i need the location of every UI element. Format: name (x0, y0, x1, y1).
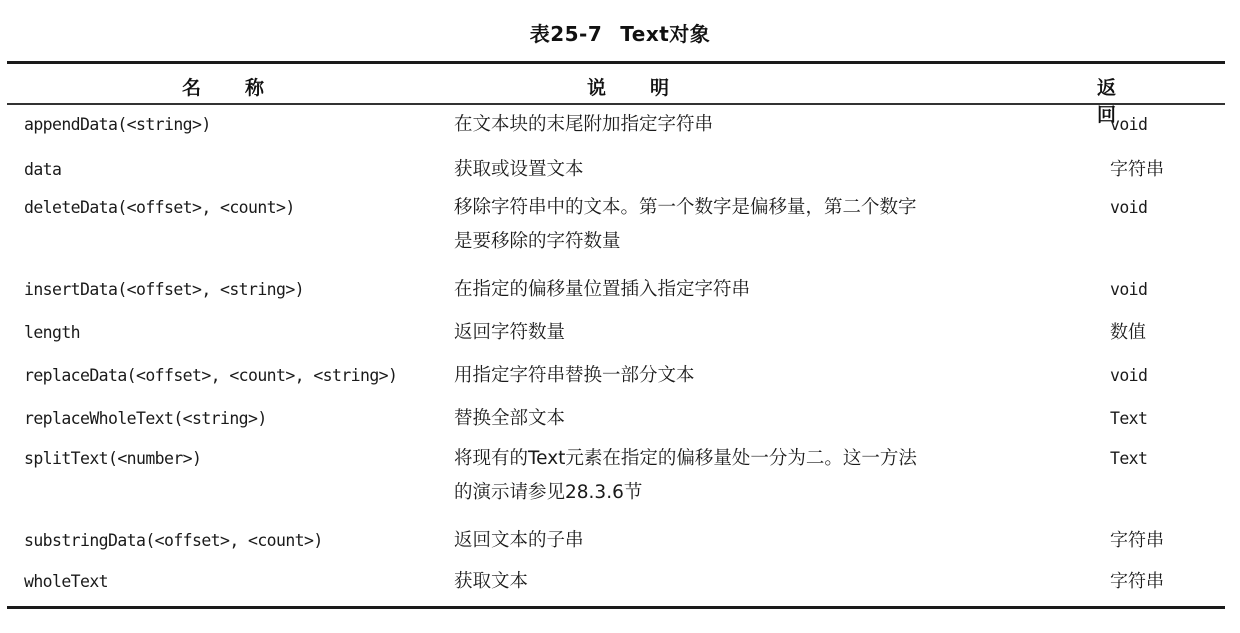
cell-description: 替换全部文本 (454, 403, 1074, 434)
cell-returns: void (1110, 360, 1147, 391)
cell-description-line-2: 是要移除的字符数量 (454, 226, 1074, 257)
cell-returns: void (1110, 192, 1147, 223)
cell-description: 返回文本的子串 (454, 525, 1074, 556)
table-number: 表25-7 (530, 22, 603, 46)
cell-returns: 字符串 (1110, 154, 1164, 185)
cell-returns: 数值 (1110, 317, 1146, 348)
cell-returns: void (1110, 274, 1147, 305)
cell-name: replaceWholeText(<string>) (24, 403, 267, 434)
cell-returns: Text (1110, 443, 1147, 474)
cell-description: 获取文本 (454, 566, 1074, 597)
cell-description-line-1: 移除字符串中的文本。第一个数字是偏移量，第二个数字 (454, 192, 1074, 223)
cell-name: wholeText (24, 566, 108, 597)
table-title: Text对象 (620, 22, 710, 46)
header-name: 名称 (182, 73, 308, 100)
cell-description: 返回字符数量 (454, 317, 1074, 348)
cell-description: 获取或设置文本 (454, 154, 1074, 185)
cell-name: appendData(<string>) (24, 109, 211, 140)
cell-name: splitText(<number>) (24, 443, 201, 474)
table-caption: 表25-7Text对象 (0, 18, 1240, 47)
cell-description: 在文本块的末尾附加指定字符串 (454, 109, 1074, 140)
cell-description-line-1: 将现有的Text元素在指定的偏移量处一分为二。这一方法 (454, 443, 1074, 474)
cell-description: 用指定字符串替换一部分文本 (454, 360, 1074, 391)
cell-name: data (24, 154, 61, 185)
header-rule (7, 103, 1225, 105)
header-description: 说明 (587, 73, 713, 100)
cell-name: insertData(<offset>, <string>) (24, 274, 304, 305)
cell-returns: Text (1110, 403, 1147, 434)
bottom-rule (7, 606, 1225, 609)
cell-name: length (24, 317, 80, 348)
cell-description: 在指定的偏移量位置插入指定字符串 (454, 274, 1074, 305)
cell-returns: void (1110, 109, 1147, 140)
cell-name: substringData(<offset>, <count>) (24, 525, 323, 556)
cell-name: replaceData(<offset>, <count>, <string>) (24, 360, 397, 391)
cell-name: deleteData(<offset>, <count>) (24, 192, 295, 223)
table-header: 名称 说明 返回 (7, 64, 1225, 103)
cell-description-line-2: 的演示请参见28.3.6节 (454, 477, 1074, 508)
cell-returns: 字符串 (1110, 525, 1164, 556)
cell-returns: 字符串 (1110, 566, 1164, 597)
